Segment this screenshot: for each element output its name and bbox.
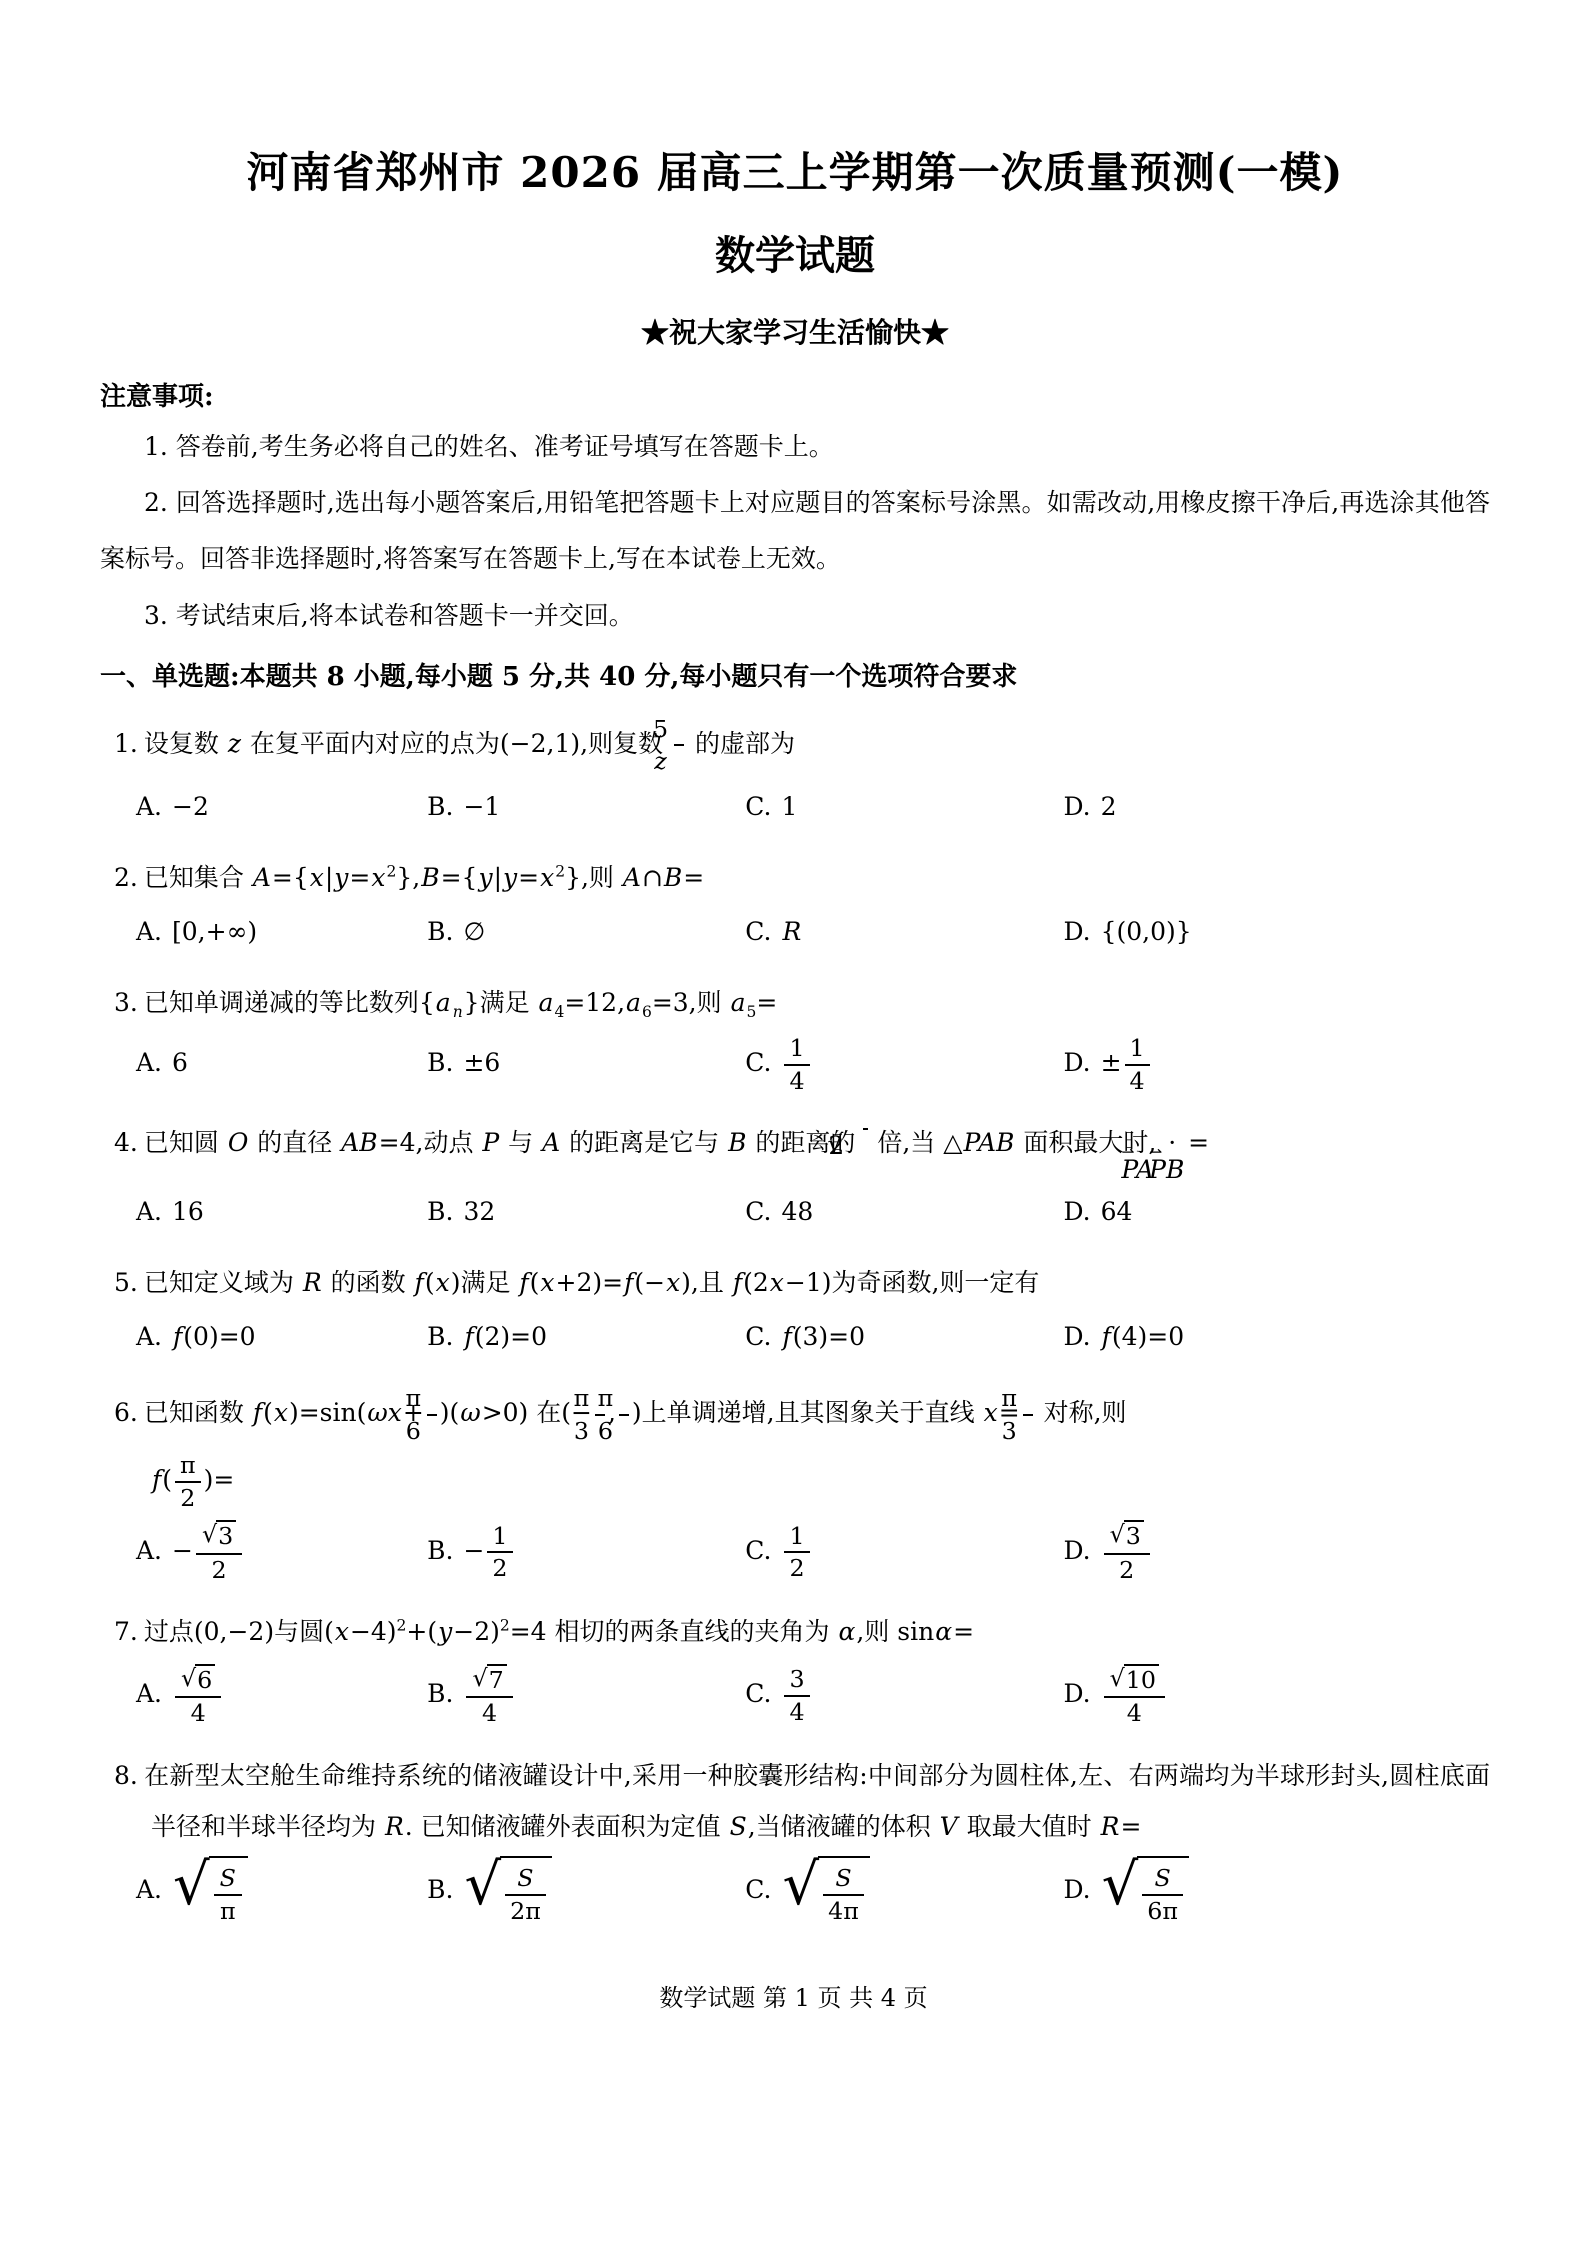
fraction-denominator: 4 (1104, 1698, 1165, 1728)
option-content: 12 (781, 1536, 812, 1565)
fraction-denominator: 4 (175, 1698, 221, 1728)
radical-body: 3 (216, 1520, 236, 1552)
option-content: −2 (172, 792, 209, 821)
option-label: D. (1063, 917, 1090, 946)
option-label: C. (745, 1197, 771, 1226)
radical-body: 3 (1124, 1520, 1144, 1552)
subscript: 6 (642, 1003, 652, 1021)
math-variable: A (541, 1128, 561, 1157)
section-heading: 一、单选题:本题共 8 小题,每小题 5 分,共 40 分,每小题只有一个选项符… (100, 650, 1490, 705)
radical: √10 (1110, 1664, 1159, 1696)
fraction: π3 (1023, 1384, 1033, 1445)
math-variable: R (384, 1812, 405, 1841)
option-content: √S6π (1101, 1875, 1190, 1904)
fraction-numerator: π (1023, 1384, 1033, 1416)
option-label: D. (1063, 1679, 1090, 1708)
option-D: D.√32 (1063, 1518, 1490, 1586)
option-B: B.∅ (427, 907, 745, 957)
question-stem-wrap: 7.过点(0,−2)与圆(x−4)2+(y−2)2=4 相切的两条直线的夹角为 … (114, 1606, 1490, 1657)
fraction-denominator: 2 (175, 1483, 201, 1513)
question-options-row: A.[0,+∞)B.∅C.RD.{(0,0)} (136, 907, 1490, 957)
greeting-line: ★祝大家学习生活愉快★ (100, 311, 1490, 351)
math-variable: x (539, 863, 555, 892)
question-stem-wrap: 1.设复数 z 在复平面内对应的点为(−2,1),则复数 5z 的虚部为 (114, 713, 1490, 778)
question-number: 8. (114, 1761, 138, 1790)
question-stem: 6.已知函数 f(x)=sin(ωx+π6)(ω>0) 在(−π3,π6)上单调… (114, 1382, 1490, 1447)
option-C: C.f(3)=0 (745, 1312, 1063, 1362)
radical-sign: √ (464, 1856, 501, 1915)
fraction: 12 (487, 1522, 512, 1583)
option-content: √Sπ (172, 1875, 249, 1904)
question-block: 6.已知函数 f(x)=sin(ωx+π6)(ω>0) 在(−π3,π6)上单调… (100, 1382, 1490, 1586)
fraction-denominator: z (674, 746, 684, 776)
radical: √7 (472, 1664, 506, 1696)
option-label: B. (427, 792, 453, 821)
radical-sign: √ (1110, 1520, 1125, 1550)
math-variable: ωx (366, 1398, 403, 1427)
math-variable: f (1101, 1322, 1112, 1351)
radical: √2 (864, 1128, 868, 1161)
math-variable: x (665, 1268, 681, 1297)
question-stem-wrap: 6.已知函数 f(x)=sin(ωx+π6)(ω>0) 在(−π3,π6)上单调… (114, 1382, 1490, 1514)
option-content: 1 (781, 792, 797, 821)
radical-body: S6π (1137, 1856, 1189, 1927)
fraction-denominator: 2 (487, 1553, 512, 1583)
math-variable: R (781, 917, 802, 946)
radical-body: 6 (195, 1664, 215, 1696)
fraction-numerator: √3 (1104, 1520, 1150, 1555)
question-stem: 8.在新型太空舱生命维持系统的储液罐设计中,采用一种胶囊形结构:中间部分为圆柱体… (114, 1750, 1490, 1853)
question-stem-wrap: 5.已知定义域为 R 的函数 f(x)满足 f(x+2)=f(−x),且 f(2… (114, 1257, 1490, 1308)
question-stem-wrap: 2.已知集合 A={x|y=x2},B={y|y=x2},则 A∩B= (114, 852, 1490, 903)
option-C: C.1 (745, 782, 1063, 832)
option-C: C.34 (745, 1663, 1063, 1728)
superscript: 2 (397, 1617, 407, 1635)
fraction: S6π (1142, 1864, 1183, 1925)
option-label: B. (427, 1197, 453, 1226)
option-content: f(4)=0 (1101, 1322, 1185, 1351)
option-label: B. (427, 1322, 453, 1351)
option-content: 64 (1101, 1197, 1133, 1226)
option-content: [0,+∞) (172, 917, 257, 946)
option-label: A. (136, 1322, 162, 1351)
question-number: 1. (114, 729, 138, 758)
math-variable: a (435, 988, 452, 1017)
math-variable: x (309, 863, 325, 892)
option-label: C. (745, 1536, 771, 1565)
fraction-denominator: 2 (1104, 1555, 1150, 1585)
option-content: f(2)=0 (463, 1322, 547, 1351)
option-D: D.2 (1063, 782, 1490, 832)
math-variable: f (414, 1268, 425, 1297)
math-variable: B (727, 1128, 747, 1157)
fraction-numerator: 1 (784, 1522, 809, 1554)
option-B: B.−12 (427, 1520, 745, 1585)
option-B: B.±6 (427, 1038, 745, 1088)
math-variable: f (463, 1322, 474, 1351)
question-stem: 3.已知单调递减的等比数列{an}满足 a4=12,a6=3,则 a5= (114, 977, 1490, 1028)
math-variable: z (653, 747, 668, 775)
superscript: 2 (386, 862, 396, 880)
math-variable: R (1100, 1812, 1121, 1841)
superscript: 2 (555, 862, 565, 880)
math-variable: R (302, 1268, 323, 1297)
radical-body: 2 (863, 1128, 868, 1161)
option-label: A. (136, 1048, 162, 1077)
option-label: C. (745, 1322, 771, 1351)
option-D: D.±14 (1063, 1032, 1490, 1097)
fraction-denominator: 6 (619, 1416, 629, 1446)
option-B: B.32 (427, 1187, 745, 1237)
math-variable: x (273, 1398, 289, 1427)
fraction-numerator: S (1142, 1864, 1183, 1896)
fraction-numerator: π (427, 1384, 437, 1416)
radical-body: 10 (1124, 1664, 1159, 1696)
option-label: C. (745, 1875, 771, 1904)
math-variable: n (452, 1003, 464, 1021)
option-D: D.√104 (1063, 1662, 1490, 1730)
question-block: 2.已知集合 A={x|y=x2},B={y|y=x2},则 A∩B= A.[0… (100, 852, 1490, 957)
fraction-numerator: 1 (487, 1522, 512, 1554)
math-variable: y (477, 863, 493, 892)
math-variable: S (729, 1812, 748, 1841)
math-variable: y (333, 863, 349, 892)
fraction-numerator: √6 (175, 1664, 221, 1699)
exam-title: 河南省郑州市 2026 届高三上学期第一次质量预测(一模) (100, 148, 1490, 198)
math-variable: α (934, 1617, 953, 1646)
option-label: A. (136, 1536, 162, 1565)
option-label: B. (427, 1048, 453, 1077)
option-label: B. (427, 1875, 453, 1904)
radical-sign: √ (472, 1664, 487, 1694)
question-options-row: A.−√32B.−12C.12D.√32 (136, 1518, 1490, 1586)
question-stem: 7.过点(0,−2)与圆(x−4)2+(y−2)2=4 相切的两条直线的夹角为 … (114, 1606, 1490, 1657)
option-content: ∅ (463, 917, 485, 946)
radical: √S6π (1102, 1856, 1189, 1927)
radical: √Sπ (173, 1856, 248, 1927)
superscript: 2 (500, 1617, 510, 1635)
option-content: 6 (172, 1048, 188, 1077)
option-A: A.6 (136, 1038, 427, 1088)
question-number: 5. (114, 1268, 138, 1297)
math-variable: x (370, 863, 386, 892)
option-content: √74 (463, 1679, 515, 1708)
math-variable: x (435, 1268, 451, 1297)
option-label: C. (745, 1679, 771, 1708)
fraction-numerator: 1 (784, 1034, 809, 1066)
math-variable: O (227, 1128, 250, 1157)
radical: √S4π (782, 1856, 869, 1927)
math-variable: y (437, 1617, 453, 1646)
option-content: √S2π (463, 1875, 552, 1904)
math-variable: AB (340, 1128, 378, 1157)
fraction-denominator: 4 (784, 1066, 809, 1096)
radical: √3 (202, 1520, 236, 1552)
option-D: D.f(4)=0 (1063, 1312, 1490, 1362)
fraction-numerator: 1 (1125, 1034, 1150, 1066)
math-variable: f (732, 1268, 743, 1297)
math-variable: A (252, 863, 272, 892)
math-variable: B (420, 863, 440, 892)
option-D: D.{(0,0)} (1063, 907, 1490, 957)
question-list: 1.设复数 z 在复平面内对应的点为(−2,1),则复数 5z 的虚部为 A.−… (100, 713, 1490, 1928)
question-stem: 5.已知定义域为 R 的函数 f(x)满足 f(x+2)=f(−x),且 f(2… (114, 1257, 1490, 1308)
option-content: R (781, 917, 802, 946)
fraction: π6 (427, 1384, 437, 1445)
fraction-numerator: S (505, 1864, 546, 1896)
notice-item: 3. 考试结束后,将本试卷和答题卡一并交回。 (100, 588, 1490, 644)
question-stem-wrap: 8.在新型太空舱生命维持系统的储液罐设计中,采用一种胶囊形结构:中间部分为圆柱体… (114, 1750, 1490, 1853)
question-block: 5.已知定义域为 R 的函数 f(x)满足 f(x+2)=f(−x),且 f(2… (100, 1257, 1490, 1362)
radical-body: S2π (500, 1856, 552, 1927)
fraction: 14 (1125, 1034, 1150, 1095)
fraction: S4π (823, 1864, 864, 1925)
fraction: S2π (505, 1864, 546, 1925)
math-variable: B (663, 863, 683, 892)
question-block: 8.在新型太空舱生命维持系统的储液罐设计中,采用一种胶囊形结构:中间部分为圆柱体… (100, 1750, 1490, 1928)
radical-body: Sπ (209, 1856, 248, 1927)
option-D: D.√S6π (1063, 1856, 1490, 1927)
math-variable: f (623, 1268, 634, 1297)
option-label: A. (136, 1875, 162, 1904)
fraction: √32 (196, 1520, 242, 1584)
option-content: 14 (781, 1048, 812, 1077)
option-content: √104 (1101, 1679, 1168, 1708)
question-number: 6. (114, 1398, 138, 1427)
option-label: A. (136, 1197, 162, 1226)
question-options-row: A.√64B.√74C.34D.√104 (136, 1662, 1490, 1730)
question-stem-continued: f(π2)= (114, 1449, 1490, 1514)
math-variable: f (252, 1398, 263, 1427)
fraction-denominator: 2π (505, 1896, 546, 1926)
math-variable: x (539, 1268, 555, 1297)
option-label: D. (1063, 1875, 1090, 1904)
option-content: f(0)=0 (172, 1322, 256, 1351)
fraction-numerator: √3 (196, 1520, 242, 1555)
option-label: D. (1063, 1197, 1090, 1226)
option-content: {(0,0)} (1101, 917, 1192, 946)
math-variable: f (172, 1322, 183, 1351)
option-A: A.−√32 (136, 1518, 427, 1586)
option-content: f(3)=0 (781, 1322, 865, 1351)
option-content: 32 (463, 1197, 495, 1226)
subscript: 4 (554, 1003, 564, 1021)
math-variable: P (481, 1128, 500, 1157)
fraction-numerator: π (175, 1451, 201, 1483)
fraction-denominator: 6π (1142, 1896, 1183, 1926)
math-variable: f (518, 1268, 529, 1297)
option-content: ±6 (463, 1048, 500, 1077)
option-B: B.√S2π (427, 1856, 745, 1927)
question-block: 7.过点(0,−2)与圆(x−4)2+(y−2)2=4 相切的两条直线的夹角为 … (100, 1606, 1490, 1729)
exam-subject-title: 数学试题 (100, 224, 1490, 281)
option-B: B.f(2)=0 (427, 1312, 745, 1362)
math-variable: S (834, 1864, 852, 1892)
option-content: 34 (781, 1679, 812, 1708)
option-A: A.f(0)=0 (136, 1312, 427, 1362)
option-A: A.16 (136, 1187, 427, 1237)
option-label: A. (136, 1679, 162, 1708)
option-label: C. (745, 1048, 771, 1077)
option-C: C.√S4π (745, 1856, 1063, 1927)
question-stem: 4.已知圆 O 的直径 AB=4,动点 P 与 A 的距离是它与 B 的距离的 … (114, 1117, 1490, 1183)
option-label: B. (427, 917, 453, 946)
math-variable: x (769, 1268, 785, 1297)
question-block: 4.已知圆 O 的直径 AB=4,动点 P 与 A 的距离是它与 B 的距离的 … (100, 1117, 1490, 1237)
exam-paper-page: 河南省郑州市 2026 届高三上学期第一次质量预测(一模) 数学试题 ★祝大家学… (0, 0, 1587, 2245)
question-stem: 2.已知集合 A={x|y=x2},B={y|y=x2},则 A∩B= (114, 852, 1490, 903)
question-stem-wrap: 3.已知单调递减的等比数列{an}满足 a4=12,a6=3,则 a5= (114, 977, 1490, 1028)
fraction: √74 (466, 1664, 512, 1728)
option-label: A. (136, 917, 162, 946)
option-label: A. (136, 792, 162, 821)
notice-item: 2. 回答选择题时,选出每小题答案后,用铅笔把答题卡上对应题目的答案标号涂黑。如… (100, 475, 1490, 588)
notice-item: 1. 答卷前,考生务必将自己的姓名、准考证号填写在答题卡上。 (100, 419, 1490, 475)
fraction: 12 (784, 1522, 809, 1583)
fraction: 5z (674, 715, 684, 776)
question-options-row: A.f(0)=0B.f(2)=0C.f(3)=0D.f(4)=0 (136, 1312, 1490, 1362)
fraction-denominator: 2 (784, 1553, 809, 1583)
fraction-denominator: 4 (466, 1698, 512, 1728)
fraction-denominator: 2 (196, 1555, 242, 1585)
notice-list: 1. 答卷前,考生务必将自己的姓名、准考证号填写在答题卡上。2. 回答选择题时,… (100, 419, 1490, 644)
option-A: A.[0,+∞) (136, 907, 427, 957)
math-variable: V (939, 1812, 959, 1841)
radical-sign: √ (202, 1520, 217, 1550)
question-number: 2. (114, 863, 138, 892)
math-variable: S (219, 1864, 237, 1892)
radical-sign: √ (1110, 1664, 1125, 1694)
option-label: C. (745, 917, 771, 946)
option-content: 2 (1101, 792, 1117, 821)
option-C: C.R (745, 907, 1063, 957)
math-variable: S (1153, 1864, 1171, 1892)
math-variable: PAB (962, 1128, 1015, 1157)
option-content: 48 (781, 1197, 813, 1226)
option-C: C.14 (745, 1032, 1063, 1097)
question-block: 3.已知单调递减的等比数列{an}满足 a4=12,a6=3,则 a5= A.6… (100, 977, 1490, 1097)
option-A: A.√Sπ (136, 1856, 427, 1927)
subscript: n (452, 1003, 464, 1021)
radical-sign: √ (1102, 1856, 1139, 1915)
fraction-numerator: 5 (674, 715, 684, 747)
option-content: −1 (463, 792, 500, 821)
math-variable: A (622, 863, 642, 892)
fraction: π6 (619, 1384, 629, 1445)
math-variable: x (334, 1617, 350, 1646)
math-variable: z (227, 729, 242, 758)
question-options-row: A.−2B.−1C.1D.2 (136, 782, 1490, 832)
option-C: C.12 (745, 1520, 1063, 1585)
radical-sign: √ (782, 1856, 819, 1915)
math-variable: f (781, 1322, 792, 1351)
question-number: 3. (114, 988, 138, 1017)
radical: √6 (181, 1664, 215, 1696)
math-variable: f (151, 1465, 162, 1494)
math-variable: a (625, 988, 642, 1017)
fraction-denominator: 4 (1125, 1066, 1150, 1096)
math-variable: S (516, 1864, 534, 1892)
option-content: ±14 (1101, 1048, 1153, 1077)
option-label: D. (1063, 1536, 1090, 1565)
option-content: √64 (172, 1679, 224, 1708)
option-A: A.√64 (136, 1662, 427, 1730)
math-variable: ω (459, 1398, 481, 1427)
math-variable: x (983, 1398, 999, 1427)
question-stem: 1.设复数 z 在复平面内对应的点为(−2,1),则复数 5z 的虚部为 (114, 713, 1490, 778)
fraction-numerator: √10 (1104, 1664, 1165, 1699)
radical: √3 (1110, 1520, 1144, 1552)
question-stem-wrap: 4.已知圆 O 的直径 AB=4,动点 P 与 A 的距离是它与 B 的距离的 … (114, 1117, 1490, 1183)
fraction-numerator: π (619, 1384, 629, 1416)
option-label: D. (1063, 792, 1090, 821)
fraction-denominator: 6 (427, 1416, 437, 1446)
fraction: π2 (175, 1451, 201, 1512)
option-content: √32 (1101, 1536, 1153, 1565)
option-D: D.64 (1063, 1187, 1490, 1237)
fraction-denominator: 4π (823, 1896, 864, 1926)
fraction-numerator: 3 (784, 1665, 809, 1697)
option-content: −12 (463, 1536, 515, 1565)
fraction-denominator: 3 (1023, 1416, 1033, 1446)
page-footer: 数学试题 第 1 页 共 4 页 (0, 1978, 1587, 2013)
option-C: C.48 (745, 1187, 1063, 1237)
option-label: D. (1063, 1322, 1090, 1351)
math-variable: α (837, 1617, 856, 1646)
question-block: 1.设复数 z 在复平面内对应的点为(−2,1),则复数 5z 的虚部为 A.−… (100, 713, 1490, 832)
math-variable: y (502, 863, 518, 892)
fraction: √104 (1104, 1664, 1165, 1728)
option-content: √S4π (781, 1875, 870, 1904)
option-content: 16 (172, 1197, 204, 1226)
notice-heading: 注意事项: (100, 377, 1490, 419)
fraction-numerator: √7 (466, 1664, 512, 1699)
fraction: 14 (784, 1034, 809, 1095)
math-variable: a (730, 988, 747, 1017)
option-content: −√32 (172, 1536, 245, 1565)
question-options-row: A.6B.±6C.14D.±14 (136, 1032, 1490, 1097)
question-number: 4. (114, 1128, 138, 1157)
subscript: 5 (746, 1003, 756, 1021)
option-label: C. (745, 792, 771, 821)
option-A: A.−2 (136, 782, 427, 832)
option-B: B.√74 (427, 1662, 745, 1730)
fraction-numerator: S (823, 1864, 864, 1896)
option-label: D. (1063, 1048, 1090, 1077)
question-options-row: A.16B.32C.48D.64 (136, 1187, 1490, 1237)
radical-sign: √ (173, 1856, 210, 1915)
option-B: B.−1 (427, 782, 745, 832)
fraction: √32 (1104, 1520, 1150, 1584)
radical-body: 7 (487, 1664, 507, 1696)
fraction-denominator: π (214, 1896, 242, 1926)
radical: √S2π (464, 1856, 551, 1927)
fraction-numerator: S (214, 1864, 242, 1896)
question-options-row: A.√SπB.√S2πC.√S4πD.√S6π (136, 1856, 1490, 1927)
fraction: Sπ (214, 1864, 242, 1925)
radical-body: S4π (818, 1856, 870, 1927)
math-variable: a (538, 988, 555, 1017)
option-label: B. (427, 1679, 453, 1708)
fraction-denominator: 4 (784, 1697, 809, 1727)
fraction: √64 (175, 1664, 221, 1728)
question-number: 7. (114, 1617, 138, 1646)
radical-sign: √ (181, 1664, 196, 1694)
fraction: 34 (784, 1665, 809, 1726)
option-label: B. (427, 1536, 453, 1565)
